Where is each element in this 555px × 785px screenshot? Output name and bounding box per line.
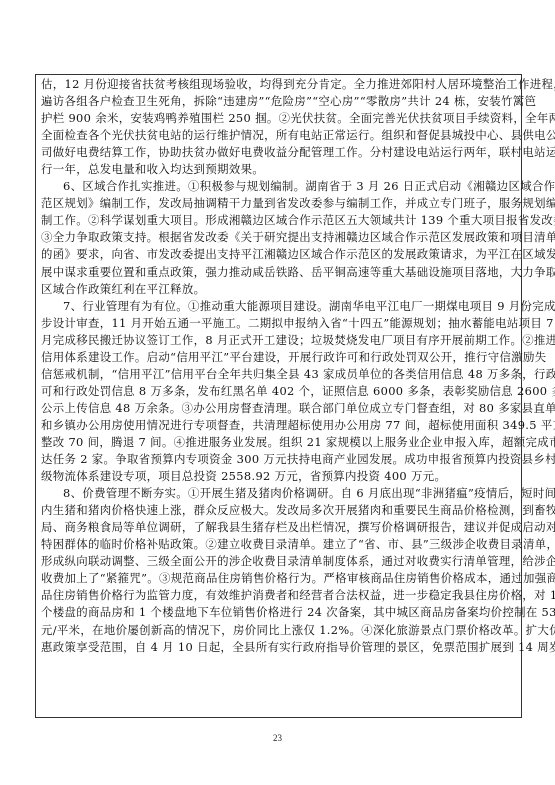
text-line: 收费加上了“紧箍咒”。③规范商品住房销售价格行为。严格审核商品住房销售价格成本，… [41, 570, 517, 587]
text-line: 展中谋求重要位置和重点政策，强力推动咸岳铁路、岳平铜高速等重大基础设施项目落地，… [41, 264, 517, 281]
text-line: 全面检查各个光伏扶贫电站的运行维护情况，所有电站正常运行。组织和督促县城投中心、… [41, 127, 517, 144]
text-line: 7、行业管理有为有位。①推动重大能源项目建设。湖南华电平江电厂一期煤电项目 9 … [41, 298, 517, 315]
body-text: 估，12 月份迎接省扶贫考核组现场验收，均得到充分肯定。全力推进郊阳村人居环境整… [41, 76, 517, 656]
text-line: 遍访各组各户检查卫生死角，拆除“违建房”“危险房”“空心房”“零散房”共计 24… [41, 93, 517, 110]
text-line: 可和行政处罚信息 8 万多条，发布红黑名单 402 个，证照信息 6000 多条… [41, 383, 517, 400]
text-line: 惠政策享受范围，自 4 月 10 日起，全县所有实行政府指导价管理的景区，免票范… [41, 639, 517, 656]
text-line: 局、商务粮食局等单位调研，了解我县生猪存栏及出栏情况，撰写价格调研报告，建议并促… [41, 519, 517, 536]
text-line: 整改 70 间，腾退 7 间。④推进服务业发展。组织 21 家规模以上服务业企业… [41, 434, 517, 451]
text-line: 步设计审查，11 月开始五通一平施工。二期拟申报纳入省“十四五”能源规划；抽水蓄… [41, 315, 517, 332]
text-line: 和乡镇办公用房使用情况进行专项督查，共清理超标使用办公用房 77 间，超标使用面… [41, 417, 517, 434]
text-line: 信惩戒机制，“信用平江”信用平台全年共归集全县 43 家成员单位的各类信用信息 … [41, 366, 517, 383]
page-number: 23 [0, 733, 555, 743]
content-frame: 估，12 月份迎接省扶贫考核组现场验收，均得到充分肯定。全力推进郊阳村人居环境整… [35, 74, 522, 718]
text-line: 的函》要求，向省、市发改委提出支持平江湘赣边区域合作示范区的发展政策请求，为平江… [41, 246, 517, 263]
text-line: 元/平米，在地价屡创新高的情况下，房价同比上涨仅 1.2%。④深化旅游景点门票价… [41, 622, 517, 639]
text-line: 特困群体的临时价格补贴政策。②建立收费目录清单。建立了“省、市、县”三级涉企收费… [41, 536, 517, 553]
text-line: 达任务 2 家。争取省预算内专项资金 300 万元扶持电商产业园发展。成功申报省… [41, 451, 517, 468]
text-line: 估，12 月份迎接省扶贫考核组现场验收，均得到充分肯定。全力推进郊阳村人居环境整… [41, 76, 517, 93]
text-line: 8、价费管理不断夯实。①开展生猪及猪肉价格调研。自 6 月底出现“非洲猪瘟”疫情… [41, 485, 517, 502]
text-line: 区域合作政策红利在平江释放。 [41, 281, 517, 298]
text-line: 内生猪和猪肉价格快速上涨，群众反应极大。发改局多次开展猪肉和重要民生商品价格检测… [41, 502, 517, 519]
text-line: 行一年，总发电量和收入均达到预期效果。 [41, 161, 517, 178]
text-line: 月完成移民搬迁协议签订工作，8 月正式开工建设；垃圾焚烧发电厂项目有序开展前期工… [41, 332, 517, 349]
text-line: 形成纵向联动调整、三级全面公开的涉企收费目录清单制度体系，通过对收费实行清单管理… [41, 553, 517, 570]
text-line: 6、区域合作扎实推进。①积极参与规划编制。湖南省于 3 月 26 日正式启动《湘… [41, 178, 517, 195]
text-line: 信用体系建设工作。启动“信用平江”平台建设，开展行政许可和行政处罚双公开，推行守… [41, 349, 517, 366]
text-line: 护栏 900 余米，安装鸡鸭养殖围栏 250 掴。②光伏扶贫。全面完善光伏扶贫项… [41, 110, 517, 127]
text-line: 制工作。②科学谋划重大项目。形成湘赣边区域合作示范区五大领域共计 139 个重大… [41, 212, 517, 229]
text-line: 个楼盘的商品房和 1 个楼盘地下车位销售价格进行 24 次备案，其中城区商品房备… [41, 604, 517, 621]
text-line: ③全力争取政策支持。根据省发改委《关于研究提出支持湘赣边区域合作示范区发展政策和… [41, 229, 517, 246]
text-line: 公示上传信息 48 万余条。③办公用房督查清理。联合部门单位成立专门督查组，对 … [41, 400, 517, 417]
text-line: 品住房销售价格行为监管力度，有效维护消费者和经营者合法权益，进一步稳定我县住房价… [41, 587, 517, 604]
text-line: 级物流体系建设专项，项目总投资 2558.92 万元，省预算内投资 400 万元… [41, 468, 517, 485]
text-line: 范区规划》编制工作，发改局抽调精干力量到省发改委参与编制工作，并成立专门班子，服… [41, 195, 517, 212]
text-line: 司做好电费结算工作，协助扶贫办做好电费收益分配管理工作。分村建设电站运行两年，联… [41, 144, 517, 161]
